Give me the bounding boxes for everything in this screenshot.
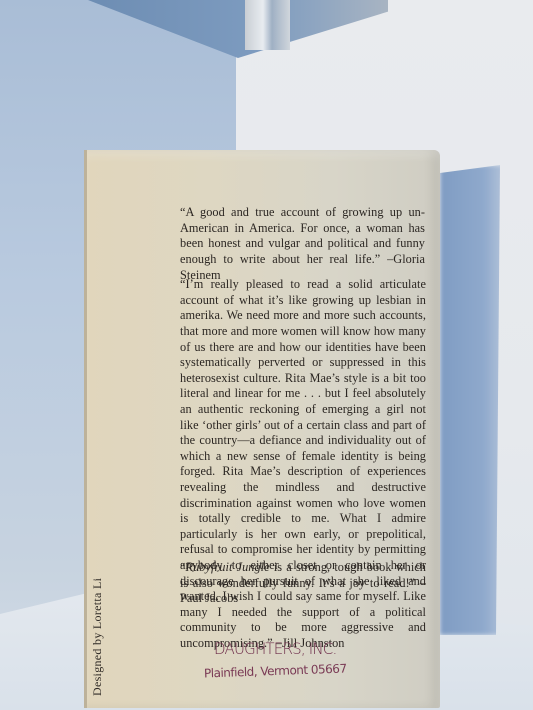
designer-credit: Designed by Loretta Li bbox=[90, 578, 105, 696]
book-back-cover: “A good and true account of growing up u… bbox=[84, 150, 440, 708]
blurb-gloria-steinem: “A good and true account of growing up u… bbox=[180, 205, 425, 283]
publisher-address: Plainfield, Vermont 05667 bbox=[204, 662, 347, 681]
book-title: Rubyfruit Jungle bbox=[186, 560, 270, 574]
blurb-paul-jacobs: “Rubyfruit Jungle is a strong, tough boo… bbox=[180, 560, 426, 607]
book-edge bbox=[84, 150, 87, 708]
publisher-name: DAUGHTERS, INC. bbox=[214, 640, 336, 659]
backdrop-pillar bbox=[245, 0, 290, 50]
